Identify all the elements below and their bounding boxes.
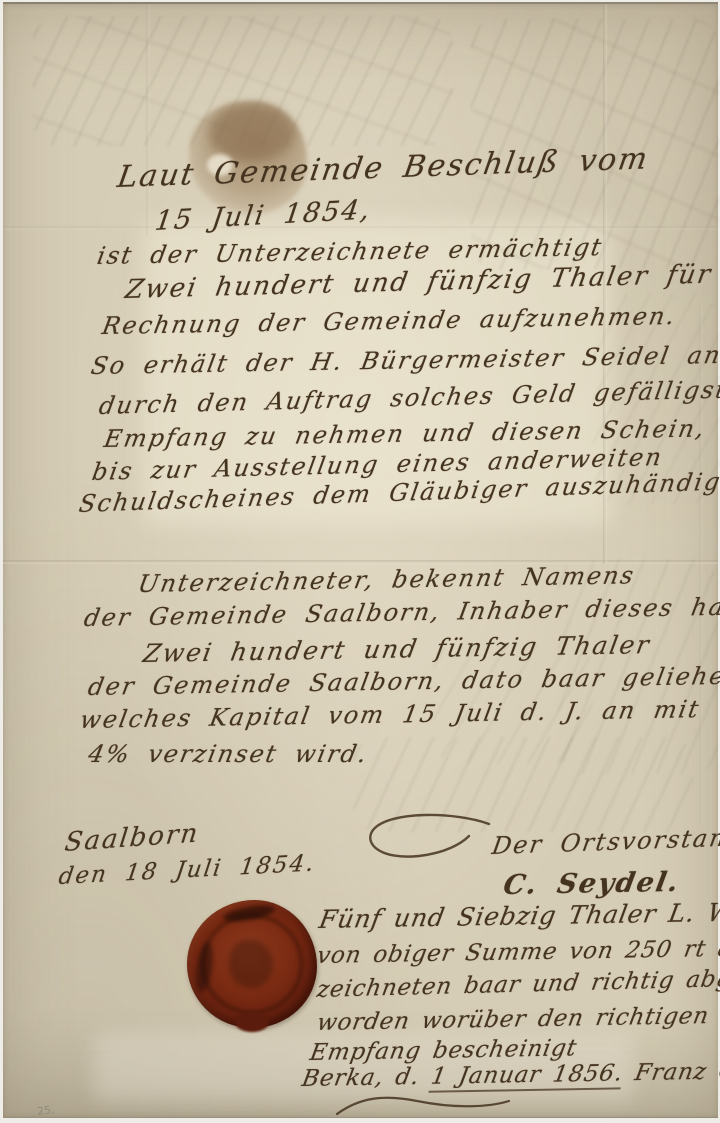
receipt-place-prefix: Berka, d.: [300, 1064, 422, 1092]
receipt-date-underlined: 1 Januar 1856.: [429, 1060, 626, 1092]
fold-crease-horizontal: [3, 226, 718, 230]
fold-crease-vertical: [146, 4, 150, 236]
dateline-date: den 18 Juli 1854.: [57, 850, 317, 890]
manuscript-line: welches Kapital vom 15 Juli d. J. an mit: [78, 695, 703, 734]
manuscript-line: durch den Auftrag solches Geld gefälligs…: [97, 374, 720, 420]
manuscript-line-date: 15 Juli 1854,: [153, 194, 373, 237]
manuscript-line-amount: Zwei hundert und fünfzig Thaler: [141, 630, 653, 668]
manuscript-line: So erhält der H. Bürgermeister Seidel an…: [89, 341, 720, 380]
paraph-flourish: [331, 1094, 516, 1120]
scanned-document-page: Laut Gemeinde Beschluß vom 15 Juli 1854,…: [0, 0, 720, 1123]
archive-number: 25,: [36, 1103, 55, 1118]
wax-seal: [187, 900, 317, 1028]
manuscript-line: Rechnung der Gemeinde aufzunehmen.: [100, 302, 679, 340]
receipt-line: von obiger Summe von 250 rt an Unter-: [315, 934, 720, 969]
manuscript-line: Unterzeichneter, bekennt Namens: [136, 561, 637, 598]
signature-role: Der Ortsvorstand: [490, 823, 720, 860]
receipt-line: zeichneten baar und richtig abgezahlt: [315, 964, 720, 1003]
signature-swash-flourish: [361, 810, 496, 872]
dateline-place: Saalborn: [63, 818, 201, 858]
receipt-line: worden worüber den richtigen: [315, 1003, 711, 1036]
manuscript-line: der Gemeinde Saalborn, Inhaber dieses ha…: [82, 593, 720, 632]
signature-name: C. Seydel.: [501, 867, 682, 901]
manuscript-line-interest: 4% verzinset wird.: [86, 740, 371, 768]
seal-wax-bump: [235, 1012, 269, 1032]
seal-imprint-figure: [229, 940, 273, 988]
receipt-signer-name: Franz Geist.: [633, 1057, 720, 1086]
receipt-line: Fünf und Siebzig Thaler L. W. sind: [317, 896, 720, 934]
paper-sheet: Laut Gemeinde Beschluß vom 15 Juli 1854,…: [3, 2, 718, 1118]
